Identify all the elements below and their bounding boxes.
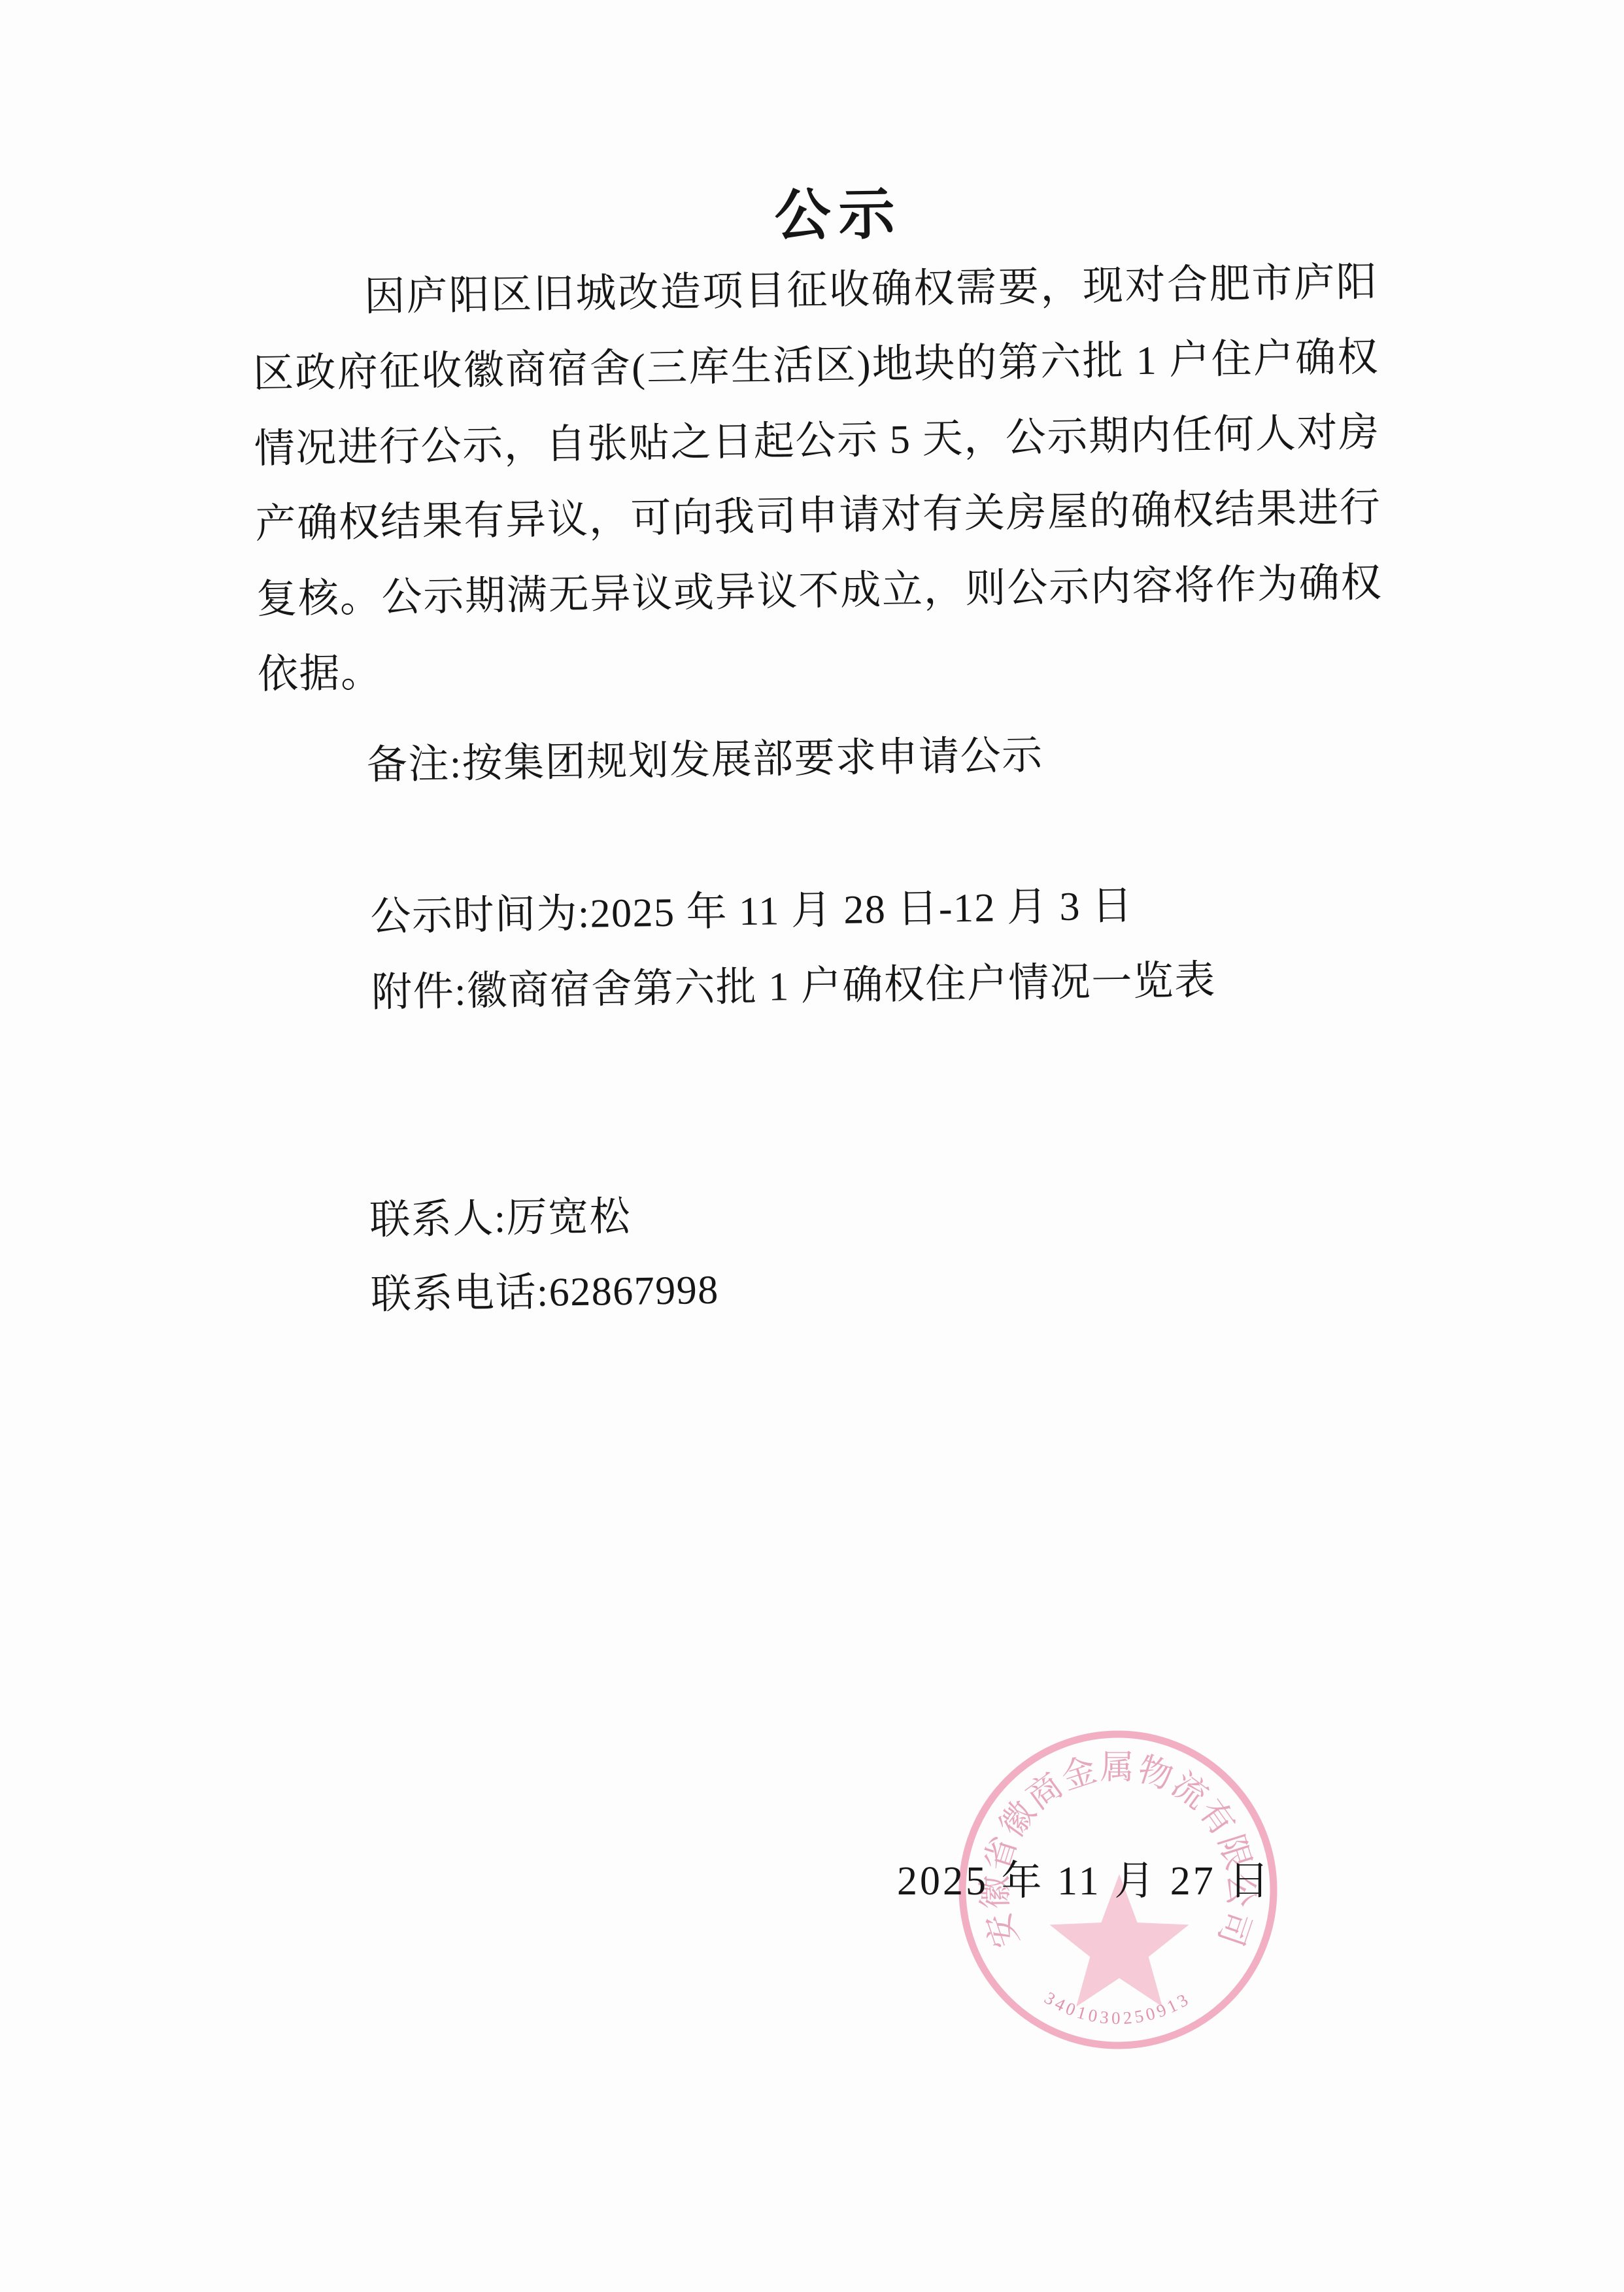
body-paragraph: 因庐阳区旧城改造项目征收确权需要，现对合肥市庐阳区政府征收徽商宿舍(三库生活区)… <box>252 245 1384 713</box>
attachment-line: 附件:徽商宿舍第六批 1 户确权住户情况一览表 <box>371 959 1217 1014</box>
document-text-block: 公示 因庐阳区旧城改造项目征收确权需要，现对合肥市庐阳区政府征收徽商宿舍(三库生… <box>0 0 1624 2292</box>
date-line: 2025 年 11 月 27 日 <box>897 1860 1272 1903</box>
publicity-period-line: 公示时间为:2025 年 11 月 28 日-12 月 3 日 <box>370 884 1134 938</box>
seal-number-text: 3401030250913 <box>1041 1988 1193 2028</box>
page-title: 公示 <box>774 168 904 251</box>
document-page: 公示 因庐阳区旧城改造项目征收确权需要，现对合肥市庐阳区政府征收徽商宿舍(三库生… <box>0 0 1624 2292</box>
contact-name-line: 联系人:厉宽松 <box>369 1195 632 1242</box>
note-line: 备注:按集团规划发展部要求申请公示 <box>367 734 1044 787</box>
contact-phone-line: 联系电话:62867998 <box>371 1269 720 1317</box>
